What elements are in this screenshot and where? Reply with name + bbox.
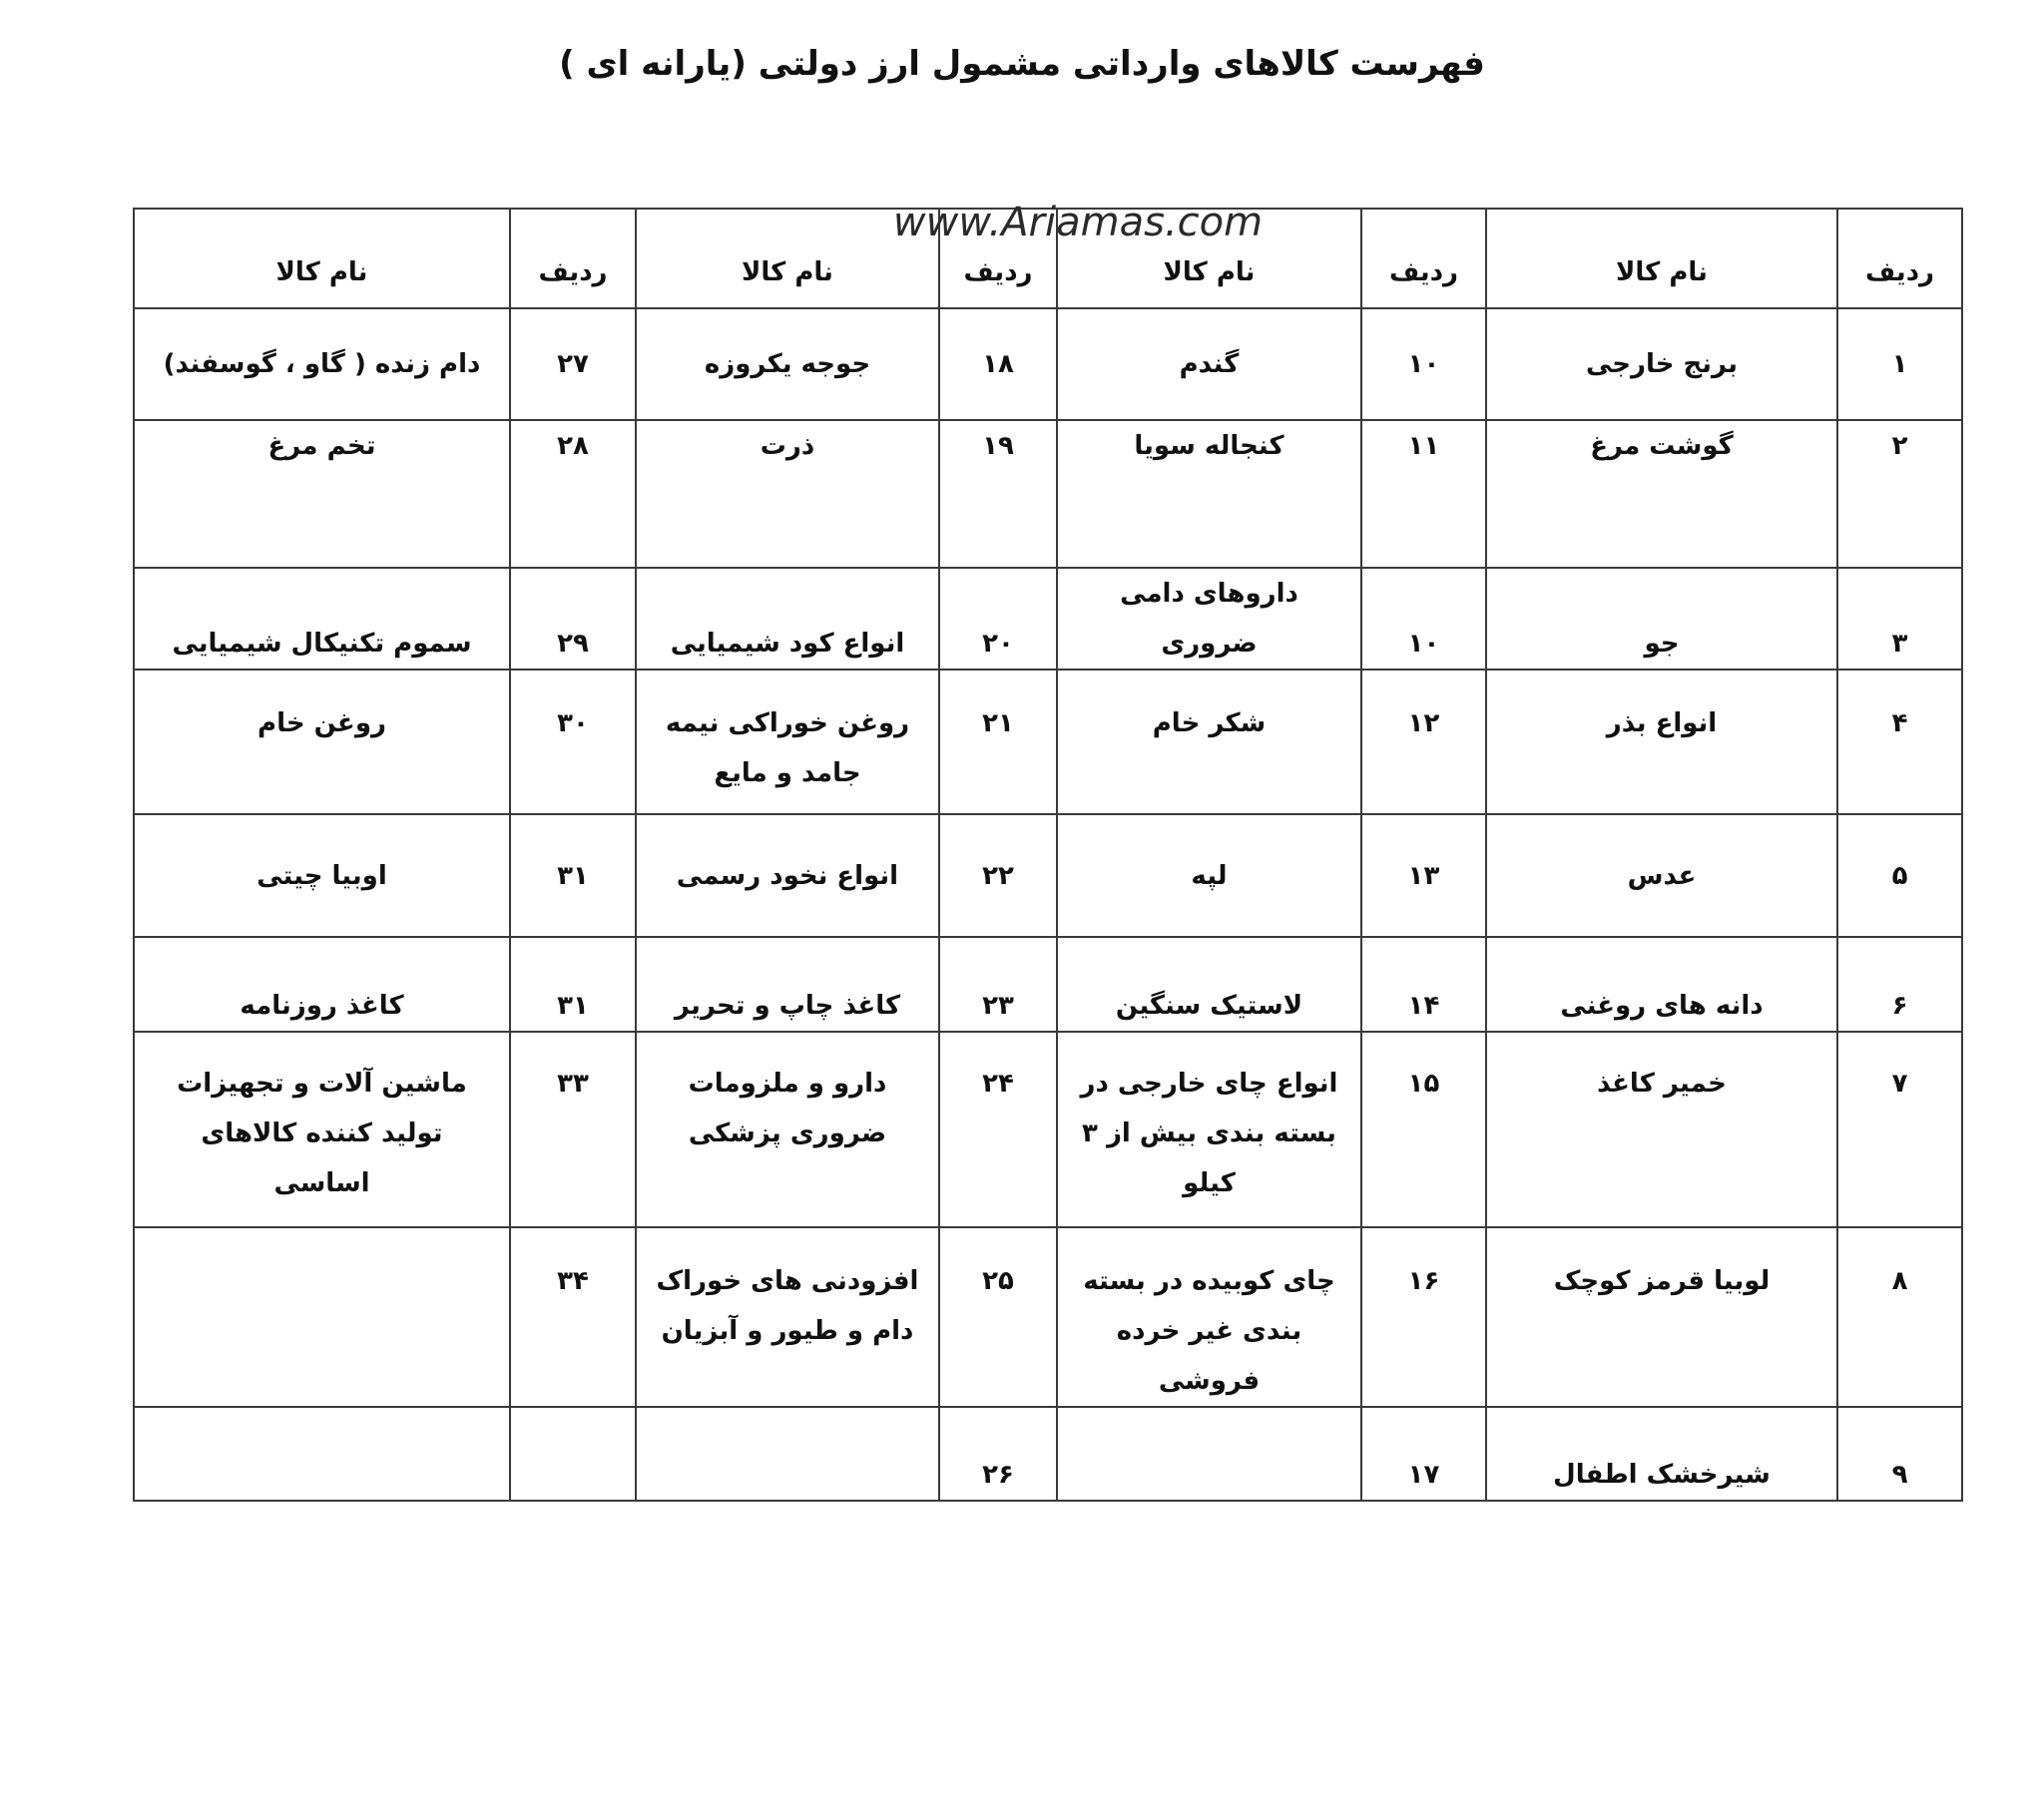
row-number: ۳ (1837, 568, 1962, 670)
item-name: انواع بذر (1486, 670, 1837, 814)
item-name: لپه (1057, 814, 1361, 937)
item-name: انواع چای خارجی در بسته بندی بیش از ۳ کی… (1057, 1032, 1361, 1227)
row-number: ۱۱ (1361, 420, 1486, 568)
item-name (134, 1227, 510, 1407)
row-number: ۱۲ (1361, 670, 1486, 814)
row-number: ۱۴ (1361, 937, 1486, 1032)
row-number: ۴ (1837, 670, 1962, 814)
table-row: ۱ برنج خارجی ۱۰ گندم ۱۸ جوجه یکروزه ۲۷ د… (134, 308, 1962, 420)
item-name: تخم مرغ (134, 420, 510, 568)
row-number: ۱۳ (1361, 814, 1486, 937)
item-name: انواع کود شیمیایی (636, 568, 939, 670)
item-name: خمیر کاغذ (1486, 1032, 1837, 1227)
item-name: ذرت (636, 420, 939, 568)
header-row-number: ردیف (1837, 209, 1962, 308)
item-name: دارو و ملزومات ضروری پزشکی (636, 1032, 939, 1227)
item-name: گوشت مرغ (1486, 420, 1837, 568)
table-row: ۴ انواع بذر ۱۲ شکر خام ۲۱ روغن خوراکی نی… (134, 670, 1962, 814)
item-name (134, 1407, 510, 1501)
item-name: شکر خام (1057, 670, 1361, 814)
table-row: ۷ خمیر کاغذ ۱۵ انواع چای خارجی در بسته ب… (134, 1032, 1962, 1227)
item-name: عدس (1486, 814, 1837, 937)
item-name: ماشین آلات و تجهیزات تولید کننده کالاهای… (134, 1032, 510, 1227)
row-number: ۳۳ (510, 1032, 636, 1227)
row-number: ۲ (1837, 420, 1962, 568)
row-number: ۱۹ (939, 420, 1057, 568)
table-row: ۲ گوشت مرغ ۱۱ کنجاله سویا ۱۹ ذرت ۲۸ تخم … (134, 420, 1962, 568)
header-item-name: نام کالا (1486, 209, 1837, 308)
row-number: ۳۴ (510, 1227, 636, 1407)
item-name: شیرخشک اطفال (1486, 1407, 1837, 1501)
row-number: ۳۱ (510, 814, 636, 937)
item-name (636, 1407, 939, 1501)
item-name: افزودنی های خوراک دام و طیور و آبزیان (636, 1227, 939, 1407)
row-number: ۲۹ (510, 568, 636, 670)
table-row: ۵ عدس ۱۳ لپه ۲۲ انواع نخود رسمی ۳۱ اوبیا… (134, 814, 1962, 937)
goods-table: ردیف نام کالا ردیف نام کالا ردیف نام کال… (133, 208, 1963, 1502)
item-name: لوبیا قرمز کوچک (1486, 1227, 1837, 1407)
header-row-number: ردیف (1361, 209, 1486, 308)
item-name: جو (1486, 568, 1837, 670)
row-number: ۲۲ (939, 814, 1057, 937)
table-row: ۸ لوبیا قرمز کوچک ۱۶ چای کوبیده در بسته … (134, 1227, 1962, 1407)
item-name: کاغذ روزنامه (134, 937, 510, 1032)
item-name: اوبیا چیتی (134, 814, 510, 937)
item-name: لاستیک سنگین (1057, 937, 1361, 1032)
item-name: دانه های روغنی (1486, 937, 1837, 1032)
item-name: روغن خوراکی نیمه جامد و مایع (636, 670, 939, 814)
header-row-number: ردیف (510, 209, 636, 308)
row-number: ۱ (1837, 308, 1962, 420)
item-name: داروهای دامی ضروری (1057, 568, 1361, 670)
row-number: ۲۷ (510, 308, 636, 420)
row-number: ۱۶ (1361, 1227, 1486, 1407)
row-number: ۱۰ (1361, 308, 1486, 420)
row-number: ۱۷ (1361, 1407, 1486, 1501)
row-number (510, 1407, 636, 1501)
item-name: دام زنده ( گاو ، گوسفند) (134, 308, 510, 420)
item-name: جوجه یکروزه (636, 308, 939, 420)
item-name: روغن خام (134, 670, 510, 814)
row-number: ۳۱ (510, 937, 636, 1032)
row-number: ۱۸ (939, 308, 1057, 420)
table-row: ۳ جو ۱۰ داروهای دامی ضروری ۲۰ انواع کود … (134, 568, 1962, 670)
row-number: ۵ (1837, 814, 1962, 937)
row-number: ۲۱ (939, 670, 1057, 814)
row-number: ۱۵ (1361, 1032, 1486, 1227)
item-name: چای کوبیده در بسته بندی غیر خرده فروشی (1057, 1227, 1361, 1407)
table-row: ۶ دانه های روغنی ۱۴ لاستیک سنگین ۲۳ کاغذ… (134, 937, 1962, 1032)
table-row: ۹ شیرخشک اطفال ۱۷ ۲۶ (134, 1407, 1962, 1501)
item-name: کنجاله سویا (1057, 420, 1361, 568)
item-name: کاغذ چاپ و تحریر (636, 937, 939, 1032)
row-number: ۳۰ (510, 670, 636, 814)
row-number: ۱۰ (1361, 568, 1486, 670)
row-number: ۲۵ (939, 1227, 1057, 1407)
header-row-number: ردیف (939, 209, 1057, 308)
row-number: ۲۴ (939, 1032, 1057, 1227)
table-header-row: ردیف نام کالا ردیف نام کالا ردیف نام کال… (134, 209, 1962, 308)
document-title: فهرست کالاهای وارداتی مشمول ارز دولتی (ی… (0, 44, 2044, 84)
row-number: ۶ (1837, 937, 1962, 1032)
item-name (1057, 1407, 1361, 1501)
item-name: گندم (1057, 308, 1361, 420)
header-item-name: نام کالا (636, 209, 939, 308)
row-number: ۲۳ (939, 937, 1057, 1032)
header-item-name: نام کالا (1057, 209, 1361, 308)
row-number: ۲۰ (939, 568, 1057, 670)
row-number: ۲۸ (510, 420, 636, 568)
header-item-name: نام کالا (134, 209, 510, 308)
item-name: انواع نخود رسمی (636, 814, 939, 937)
item-name: سموم تکنیکال شیمیایی (134, 568, 510, 670)
row-number: ۲۶ (939, 1407, 1057, 1501)
row-number: ۸ (1837, 1227, 1962, 1407)
row-number: ۹ (1837, 1407, 1962, 1501)
item-name: برنج خارجی (1486, 308, 1837, 420)
row-number: ۷ (1837, 1032, 1962, 1227)
